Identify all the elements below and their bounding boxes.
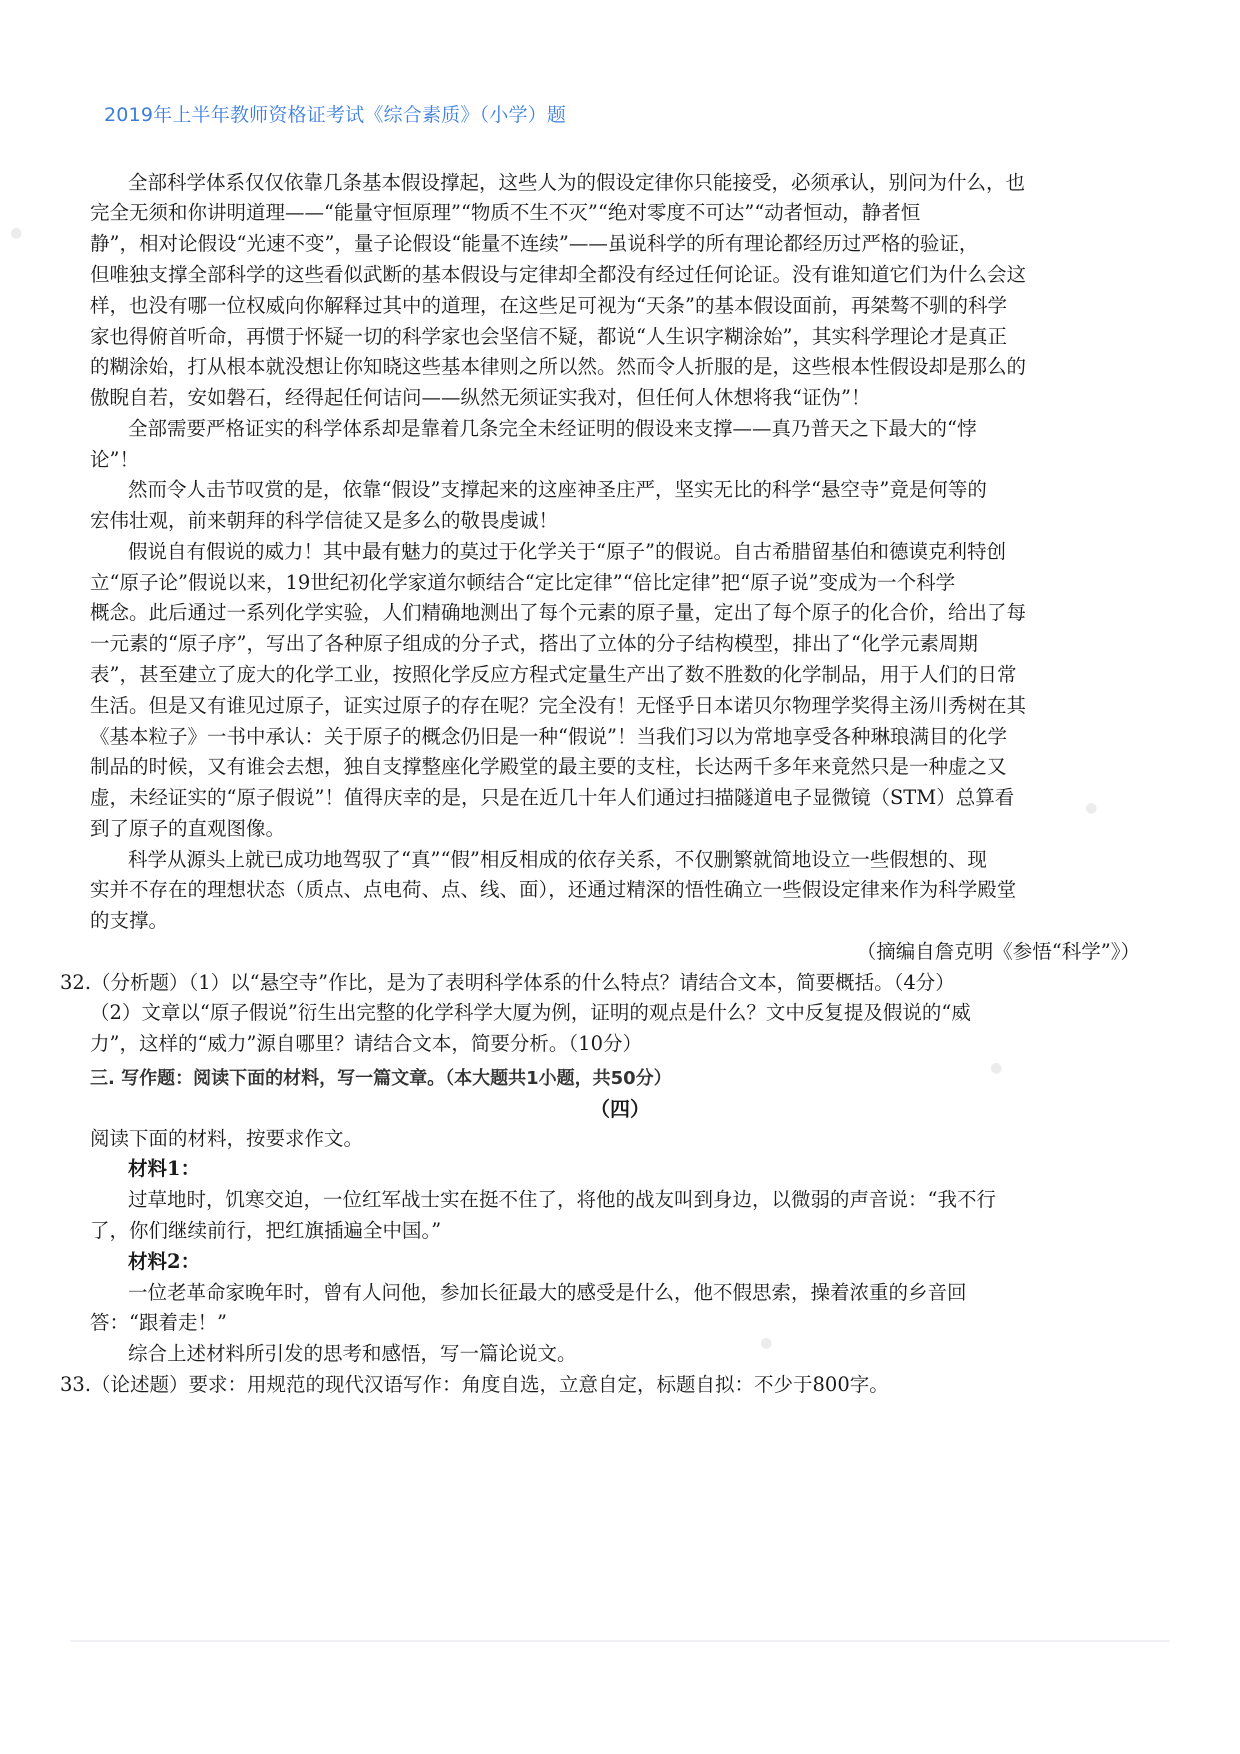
material-2-label: 材料2： — [128, 1250, 200, 1274]
passage-line: 静”，相对论假设“光速不变”，量子论假设“能量不连续”——虽说科学的所有理论都经… — [90, 232, 978, 256]
question-32-part2: （2）文章以“原子假说”衍生出完整的化学科学大厦为例，证明的观点是什么？文中反复… — [90, 1001, 971, 1025]
watermark-logo-icon: ● — [987, 1058, 1005, 1078]
material-1-label: 材料1： — [128, 1157, 200, 1181]
passage-line: 表”，甚至建立了庞大的化学工业，按照化学反应方程式定量生产出了数不胜数的化学制品… — [90, 663, 1016, 687]
material-1-line: 过草地时，饥寒交迫，一位红军战士实在挺不住了，将他的战友叫到身边，以微弱的声音说… — [128, 1188, 996, 1212]
watermark-logo-icon: ● — [757, 1333, 775, 1353]
passage-line: 家也得俯首听命，再惯于怀疑一切的科学家也会坚信不疑，都说“人生识字糊涂始”，其实… — [90, 325, 1007, 349]
passage-line: 论”！ — [90, 448, 139, 472]
passage-line: 假说自有假说的威力！其中最有魅力的莫过于化学关于“原子”的假说。自古希腊留基伯和… — [128, 540, 1006, 564]
writing-instruction: 综合上述材料所引发的思考和感悟，写一篇论说文。 — [128, 1342, 577, 1366]
passage-line: 概念。此后通过一系列化学实验，人们精确地测出了每个元素的原子量，定出了每个原子的… — [90, 601, 1026, 625]
watermark-logo-icon: ● — [7, 223, 25, 243]
material-2-line: 答：“跟着走！” — [90, 1311, 227, 1335]
passage-line: 但唯独支撑全部科学的这些看似武断的基本假设与定律却全都没有经过任何论证。没有谁知… — [90, 263, 1026, 287]
document-title: 2019年上半年教师资格证考试《综合素质》（小学）题 — [104, 100, 566, 127]
writing-intro: 阅读下面的材料，按要求作文。 — [90, 1127, 363, 1151]
question-32-part2-cont: 力”，这样的“威力”源自哪里？请结合文本，简要分析。（10分） — [90, 1032, 642, 1056]
passage-source: （摘编自詹克明《参悟“科学”》） — [857, 940, 1140, 964]
question-33: 33.（论述题）要求：用规范的现代汉语写作：角度自选，立意自定，标题自拟：不少于… — [60, 1373, 889, 1397]
footer-divider — [70, 1640, 1170, 1642]
passage-line: 立“原子论”假说以来，19世纪初化学家道尔顿结合“定比定律”“倍比定律”把“原子… — [90, 571, 955, 595]
passage-line: 生活。但是又有谁见过原子，证实过原子的存在呢？完全没有！无怪乎日本诺贝尔物理学奖… — [90, 694, 1026, 718]
passage-line: 全部需要严格证实的科学体系却是靠着几条完全未经证明的假设来支撑——真乃普天之下最… — [128, 417, 976, 441]
part-label: （四） — [0, 1093, 1240, 1122]
passage-line: 实并不存在的理想状态（质点、点电荷、点、线、面），还通过精深的悟性确立一些假设定… — [90, 878, 1016, 902]
passage-line: 然而令人击节叹赏的是，依靠“假设”支撑起来的这座神圣庄严，坚实无比的科学“悬空寺… — [128, 478, 987, 502]
question-32-part1: 32.（分析题）（1）以“悬空寺”作比，是为了表明科学体系的什么特点？请结合文本… — [60, 971, 955, 995]
section-heading: 三. 写作题：阅读下面的材料，写一篇文章。（本大题共1小题，共50分） — [90, 1064, 672, 1090]
passage-line: 样，也没有哪一位权威向你解释过其中的道理，在这些足可视为“天条”的基本假设面前，… — [90, 294, 1007, 318]
passage-line: 制品的时候，又有谁会去想，独自支撑整座化学殿堂的最主要的支柱，长达两千多年来竟然… — [90, 755, 1007, 779]
passage-line: 宏伟壮观，前来朝拜的科学信徒又是多么的敬畏虔诚！ — [90, 509, 558, 533]
passage-line: 虚，未经证实的“原子假说”！值得庆幸的是，只是在近几十年人们通过扫描隧道电子显微… — [90, 786, 1014, 810]
passage-line: 傲睨自若，安如磐石，经得起任何诘问——纵然无须证实我对，但任何人休想将我“证伪”… — [90, 386, 870, 410]
passage-line: 完全无须和你讲明道理——“能量守恒原理”“物质不生不灭”“绝对零度不可达”“动者… — [90, 201, 920, 225]
passage-line: 全部科学体系仅仅依靠几条基本假设撑起，这些人为的假设定律你只能接受，必须承认，别… — [128, 171, 1025, 195]
passage-line: 的支撑。 — [90, 909, 168, 933]
exam-page: 2019年上半年教师资格证考试《综合素质》（小学）题 全部科学体系仅仅依靠几条基… — [0, 0, 1240, 1754]
material-1-line: 了，你们继续前行，把红旗插遍全中国。” — [90, 1219, 441, 1243]
passage-line: 的糊涂始，打从根本就没想让你知晓这些基本律则之所以然。然而令人折服的是，这些根本… — [90, 355, 1026, 379]
passage-line: 到了原子的直观图像。 — [90, 817, 285, 841]
watermark-logo-icon: ● — [1082, 798, 1100, 818]
material-2-line: 一位老革命家晚年时，曾有人问他，参加长征最大的感受是什么，他不假思索，操着浓重的… — [128, 1281, 967, 1305]
passage-line: 《基本粒子》一书中承认：关于原子的概念仍旧是一种“假说”！当我们习以为常地享受各… — [90, 725, 1007, 749]
passage-line: 科学从源头上就已成功地驾驭了“真”“假”相反相成的依存关系，不仅删繁就简地设立一… — [128, 848, 987, 872]
passage-line: 一元素的“原子序”，写出了各种原子组成的分子式，搭出了立体的分子结构模型，排出了… — [90, 632, 978, 656]
